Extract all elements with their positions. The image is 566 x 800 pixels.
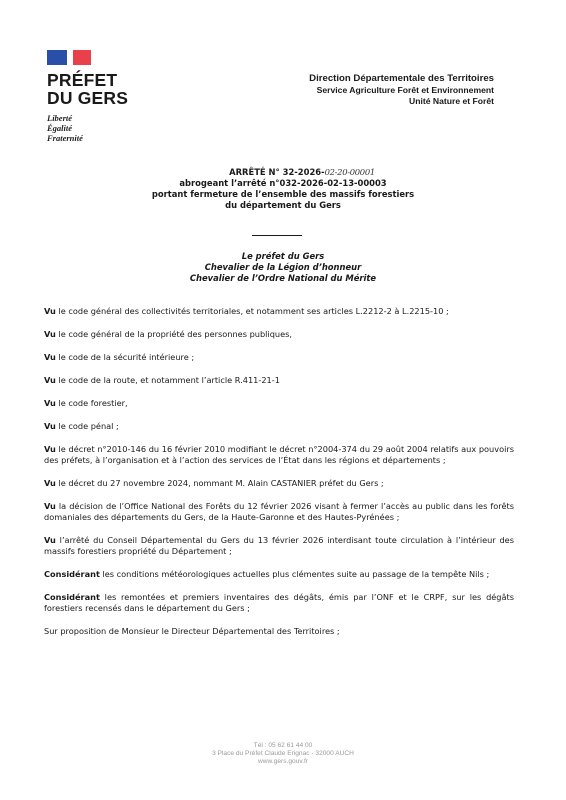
- considerant-paragraph: Vu le code de la sécurité intérieure ;: [44, 352, 514, 363]
- considerant-paragraph: Vu le code pénal ;: [44, 421, 514, 432]
- paragraph-text: la décision de l’Office National des For…: [44, 501, 514, 522]
- paragraph-lead: Vu: [44, 375, 56, 385]
- footer-website: www.gers.gouv.fr: [0, 758, 566, 766]
- paragraph-text: les remontées et premiers inventaires de…: [44, 592, 514, 613]
- decree-title: ARRÊTÉ N° 32-2026-02-20-00001 abrogeant …: [0, 167, 566, 211]
- prefet-title: PRÉFET DU GERS: [47, 71, 128, 107]
- paragraph-text: le code de la route, et notamment l’arti…: [56, 375, 280, 385]
- intro-line3: Chevalier de l’Ordre National du Mérite: [0, 273, 566, 284]
- paragraph-lead: Considérant: [44, 569, 100, 579]
- considerant-paragraph: Vu l’arrêté du Conseil Départemental du …: [44, 535, 514, 557]
- footer-address: 3 Place du Préfet Claude Erignac - 32000…: [0, 750, 566, 758]
- paragraph-lead: Vu: [44, 444, 56, 454]
- decree-subject: portant fermeture de l’ensemble des mass…: [0, 189, 566, 200]
- paragraph-text: le code général des collectivités territ…: [56, 306, 449, 316]
- prefet-line2: DU GERS: [47, 89, 128, 107]
- service-header: Direction Départementale des Territoires…: [309, 73, 494, 107]
- decree-body: Vu le code général des collectivités ter…: [44, 306, 514, 649]
- considerant-paragraph: Vu le code général des collectivités ter…: [44, 306, 514, 317]
- paragraph-lead: Vu: [44, 352, 56, 362]
- decree-abrogation: abrogeant l’arrêté n°032-2026-02-13-0000…: [0, 178, 566, 189]
- motto-fraternite: Fraternité: [47, 133, 128, 143]
- page-footer: Tél : 05 62 61 44 00 3 Place du Préfet C…: [0, 742, 566, 766]
- paragraph-text: le code général de la propriété des pers…: [56, 329, 292, 339]
- paragraph-text: Sur proposition de Monsieur le Directeur…: [44, 626, 340, 636]
- motto-egalite: Égalité: [47, 123, 128, 133]
- motto-liberte: Liberté: [47, 113, 128, 123]
- prefect-intro: Le préfet du Gers Chevalier de la Légion…: [0, 251, 566, 284]
- intro-line1: Le préfet du Gers: [0, 251, 566, 262]
- considerant-paragraph: Vu la décision de l’Office National des …: [44, 501, 514, 523]
- direction-name: Direction Départementale des Territoires: [309, 73, 494, 85]
- considerant-paragraph: Vu le code de la route, et notamment l’a…: [44, 375, 514, 386]
- footer-phone: Tél : 05 62 61 44 00: [0, 742, 566, 750]
- paragraph-text: le code forestier,: [56, 398, 128, 408]
- service-name: Service Agriculture Forêt et Environneme…: [309, 85, 494, 96]
- flag-blue-band: [47, 50, 67, 65]
- paragraph-lead: Vu: [44, 421, 56, 431]
- decree-number-handwritten: 02-20-00001: [325, 167, 375, 177]
- paragraph-lead: Vu: [44, 398, 56, 408]
- title-divider: [252, 235, 302, 236]
- considerant-paragraph: Considérant les conditions météorologiqu…: [44, 569, 514, 580]
- paragraph-text: le code pénal ;: [56, 421, 119, 431]
- intro-line2: Chevalier de la Légion d’honneur: [0, 262, 566, 273]
- paragraph-lead: Vu: [44, 478, 56, 488]
- considerant-paragraph: Vu le décret n°2010-146 du 16 février 20…: [44, 444, 514, 466]
- prefecture-logo: PRÉFET DU GERS Liberté Égalité Fraternit…: [47, 50, 128, 143]
- paragraph-lead: Vu: [44, 501, 56, 511]
- considerant-paragraph: Sur proposition de Monsieur le Directeur…: [44, 626, 514, 637]
- paragraph-lead: Vu: [44, 535, 56, 545]
- republic-motto: Liberté Égalité Fraternité: [47, 113, 128, 143]
- considerant-paragraph: Vu le code général de la propriété des p…: [44, 329, 514, 340]
- paragraph-text: l’arrêté du Conseil Départemental du Ger…: [44, 535, 514, 556]
- paragraph-text: le décret du 27 novembre 2024, nommant M…: [56, 478, 384, 488]
- considerant-paragraph: Considérant les remontées et premiers in…: [44, 592, 514, 614]
- paragraph-text: les conditions météorologiques actuelles…: [100, 569, 489, 579]
- prefet-line1: PRÉFET: [47, 71, 128, 89]
- decree-number: ARRÊTÉ N° 32-2026-02-20-00001: [0, 167, 566, 178]
- paragraph-lead: Considérant: [44, 592, 100, 602]
- paragraph-lead: Vu: [44, 329, 56, 339]
- flag-red-band: [73, 50, 91, 65]
- decree-scope: du département du Gers: [0, 200, 566, 211]
- unit-name: Unité Nature et Forêt: [309, 96, 494, 107]
- considerant-paragraph: Vu le code forestier,: [44, 398, 514, 409]
- decree-number-printed: ARRÊTÉ N° 32-2026-: [229, 167, 324, 177]
- considerant-paragraph: Vu le décret du 27 novembre 2024, nomman…: [44, 478, 514, 489]
- paragraph-text: le code de la sécurité intérieure ;: [56, 352, 194, 362]
- paragraph-lead: Vu: [44, 306, 56, 316]
- marianne-flag-icon: [47, 50, 91, 65]
- paragraph-text: le décret n°2010-146 du 16 février 2010 …: [44, 444, 514, 465]
